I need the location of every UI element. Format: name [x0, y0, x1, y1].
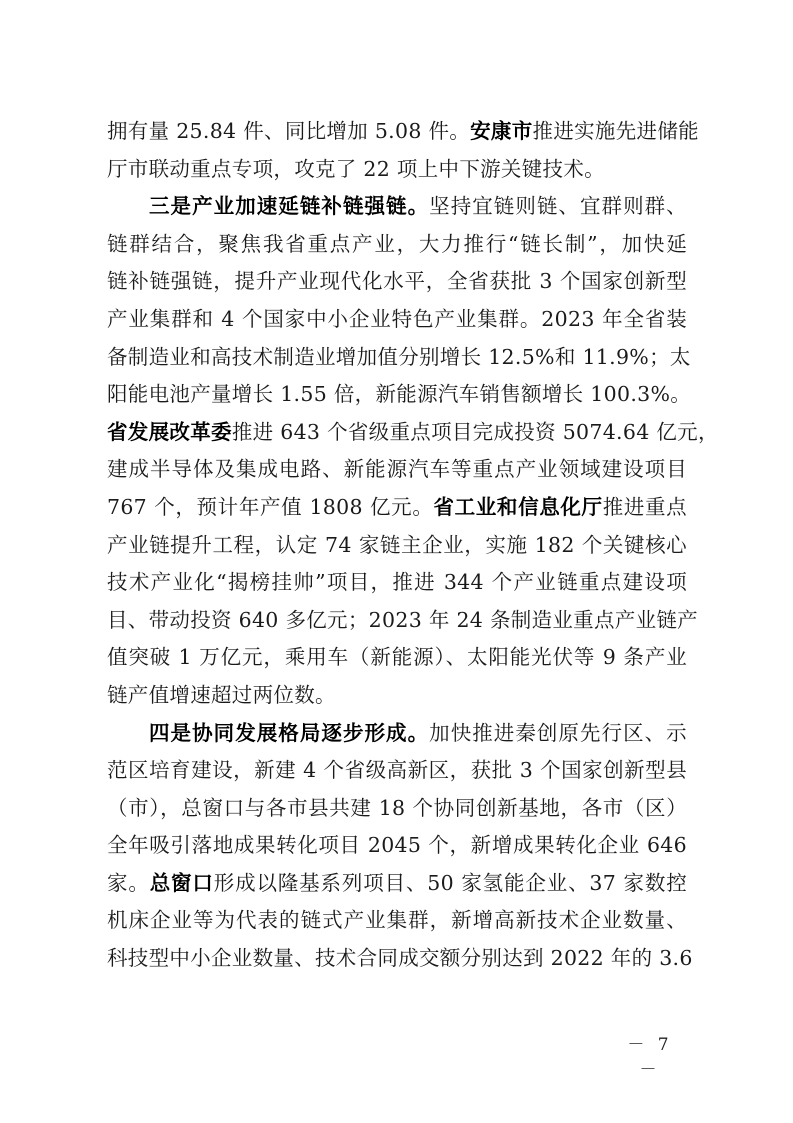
text-segment: 机床企业等为代表的链式产业集群，新增高新技术企业数量、	[107, 908, 687, 932]
bold-lead-text: 省发展改革委	[107, 420, 232, 444]
bold-lead-text: 三是产业加速延链补链强链。	[149, 194, 429, 218]
text-segment: 范区培育建设，新建 4 个省级高新区，获批 3 个国家创新型县	[107, 758, 687, 782]
text-segment: 产业链提升工程，认定 74 家链主企业，实施 182 个关键核心	[107, 533, 687, 557]
text-line: 机床企业等为代表的链式产业集群，新增高新技术企业数量、	[107, 902, 687, 940]
text-line: （市），总窗口与各市县共建 18 个协同创新基地，各市（区）	[107, 790, 687, 828]
text-line: 767 个，预计年产值 1808 亿元。省工业和信息化厅推进重点	[107, 489, 687, 527]
text-segment: 形成以隆基系列项目、50 家氢能企业、37 家数控	[214, 871, 687, 895]
text-segment: 坚持宜链则链、宜群则群、	[429, 194, 687, 218]
text-line: 产业链提升工程，认定 74 家链主企业，实施 182 个关键核心	[107, 527, 687, 565]
text-segment: （市），总窗口与各市县共建 18 个协同创新基地，各市（区）	[107, 796, 687, 820]
text-line: 三是产业加速延链补链强链。坚持宜链则链、宜群则群、	[107, 188, 687, 226]
document-page: 拥有量 25.84 件、同比增加 5.08 件。安康市推进实施先进储能厅市联动重…	[0, 0, 793, 1123]
bold-lead-text: 省工业和信息化厅	[433, 495, 602, 519]
text-line: 范区培育建设，新建 4 个省级高新区，获批 3 个国家创新型县	[107, 752, 687, 790]
text-segment: 建成半导体及集成电路、新能源汽车等重点产业领域建设项目	[107, 457, 687, 481]
text-segment: 链产值增速超过两位数。	[107, 683, 336, 707]
text-line: 科技型中小企业数量、技术合同成交额分别达到 2022 年的 3.6	[107, 940, 687, 978]
text-segment: 推进 643 个省级重点项目完成投资 5074.64 亿元，	[232, 420, 719, 444]
bold-lead-text: 安康市	[470, 119, 532, 143]
bold-lead-text: 总窗口	[150, 871, 214, 895]
text-segment: 阳能电池产量增长 1.55 倍，新能源汽车销售额增长 100.3%。	[107, 382, 691, 406]
text-segment: 767 个，预计年产值 1808 亿元。	[107, 495, 433, 519]
text-segment: 产业集群和 4 个国家中小企业特色产业集群。2023 年全省装	[107, 307, 687, 331]
text-line: 省发展改革委推进 643 个省级重点项目完成投资 5074.64 亿元，	[107, 414, 687, 452]
text-segment: 全年吸引落地成果转化项目 2045 个，新增成果转化企业 646	[107, 833, 687, 857]
text-segment: 推进重点	[603, 495, 687, 519]
text-line: 四是协同发展格局逐步形成。加快推进秦创原先行区、示	[107, 715, 687, 753]
text-segment: 家。	[107, 871, 150, 895]
text-segment: 链补链强链，提升产业现代化水平，全省获批 3 个国家创新型	[107, 269, 687, 293]
bold-lead-text: 四是协同发展格局逐步形成。	[149, 721, 429, 745]
text-line: 建成半导体及集成电路、新能源汽车等重点产业领域建设项目	[107, 451, 687, 489]
text-segment: 技术产业化“揭榜挂帅”项目，推进 344 个产业链重点建设项	[107, 570, 687, 594]
text-segment: 推进实施先进储能	[533, 119, 699, 143]
text-line: 家。总窗口形成以隆基系列项目、50 家氢能企业、37 家数控	[107, 865, 687, 903]
page-number: － 7 －	[620, 1030, 680, 1080]
text-line: 拥有量 25.84 件、同比增加 5.08 件。安康市推进实施先进储能	[107, 113, 687, 151]
text-segment: 链群结合，聚焦我省重点产业，大力推行“链长制”，加快延	[107, 232, 687, 256]
text-segment: 加快推进秦创原先行区、示	[429, 721, 687, 745]
text-line: 链产值增速超过两位数。	[107, 677, 687, 715]
text-line: 值突破 1 万亿元，乘用车（新能源）、太阳能光伏等 9 条产业	[107, 639, 687, 677]
text-segment: 值突破 1 万亿元，乘用车（新能源）、太阳能光伏等 9 条产业	[107, 645, 687, 669]
text-segment: 科技型中小企业数量、技术合同成交额分别达到 2022 年的 3.6	[107, 946, 693, 970]
text-segment: 拥有量 25.84 件、同比增加 5.08 件。	[107, 119, 470, 143]
body-text: 拥有量 25.84 件、同比增加 5.08 件。安康市推进实施先进储能厅市联动重…	[107, 113, 687, 978]
text-line: 产业集群和 4 个国家中小企业特色产业集群。2023 年全省装	[107, 301, 687, 339]
text-line: 技术产业化“揭榜挂帅”项目，推进 344 个产业链重点建设项	[107, 564, 687, 602]
text-line: 厅市联动重点专项，攻克了 22 项上中下游关键技术。	[107, 151, 687, 189]
text-segment: 备制造业和高技术制造业增加值分别增长 12.5%和 11.9%；太	[107, 345, 691, 369]
text-line: 备制造业和高技术制造业增加值分别增长 12.5%和 11.9%；太	[107, 339, 687, 377]
text-segment: 目、带动投资 640 多亿元；2023 年 24 条制造业重点产业链产	[107, 608, 698, 632]
text-segment: 厅市联动重点专项，攻克了 22 项上中下游关键技术。	[107, 157, 605, 181]
text-line: 全年吸引落地成果转化项目 2045 个，新增成果转化企业 646	[107, 827, 687, 865]
text-line: 目、带动投资 640 多亿元；2023 年 24 条制造业重点产业链产	[107, 602, 687, 640]
text-line: 链群结合，聚焦我省重点产业，大力推行“链长制”，加快延	[107, 226, 687, 264]
text-line: 链补链强链，提升产业现代化水平，全省获批 3 个国家创新型	[107, 263, 687, 301]
text-line: 阳能电池产量增长 1.55 倍，新能源汽车销售额增长 100.3%。	[107, 376, 687, 414]
